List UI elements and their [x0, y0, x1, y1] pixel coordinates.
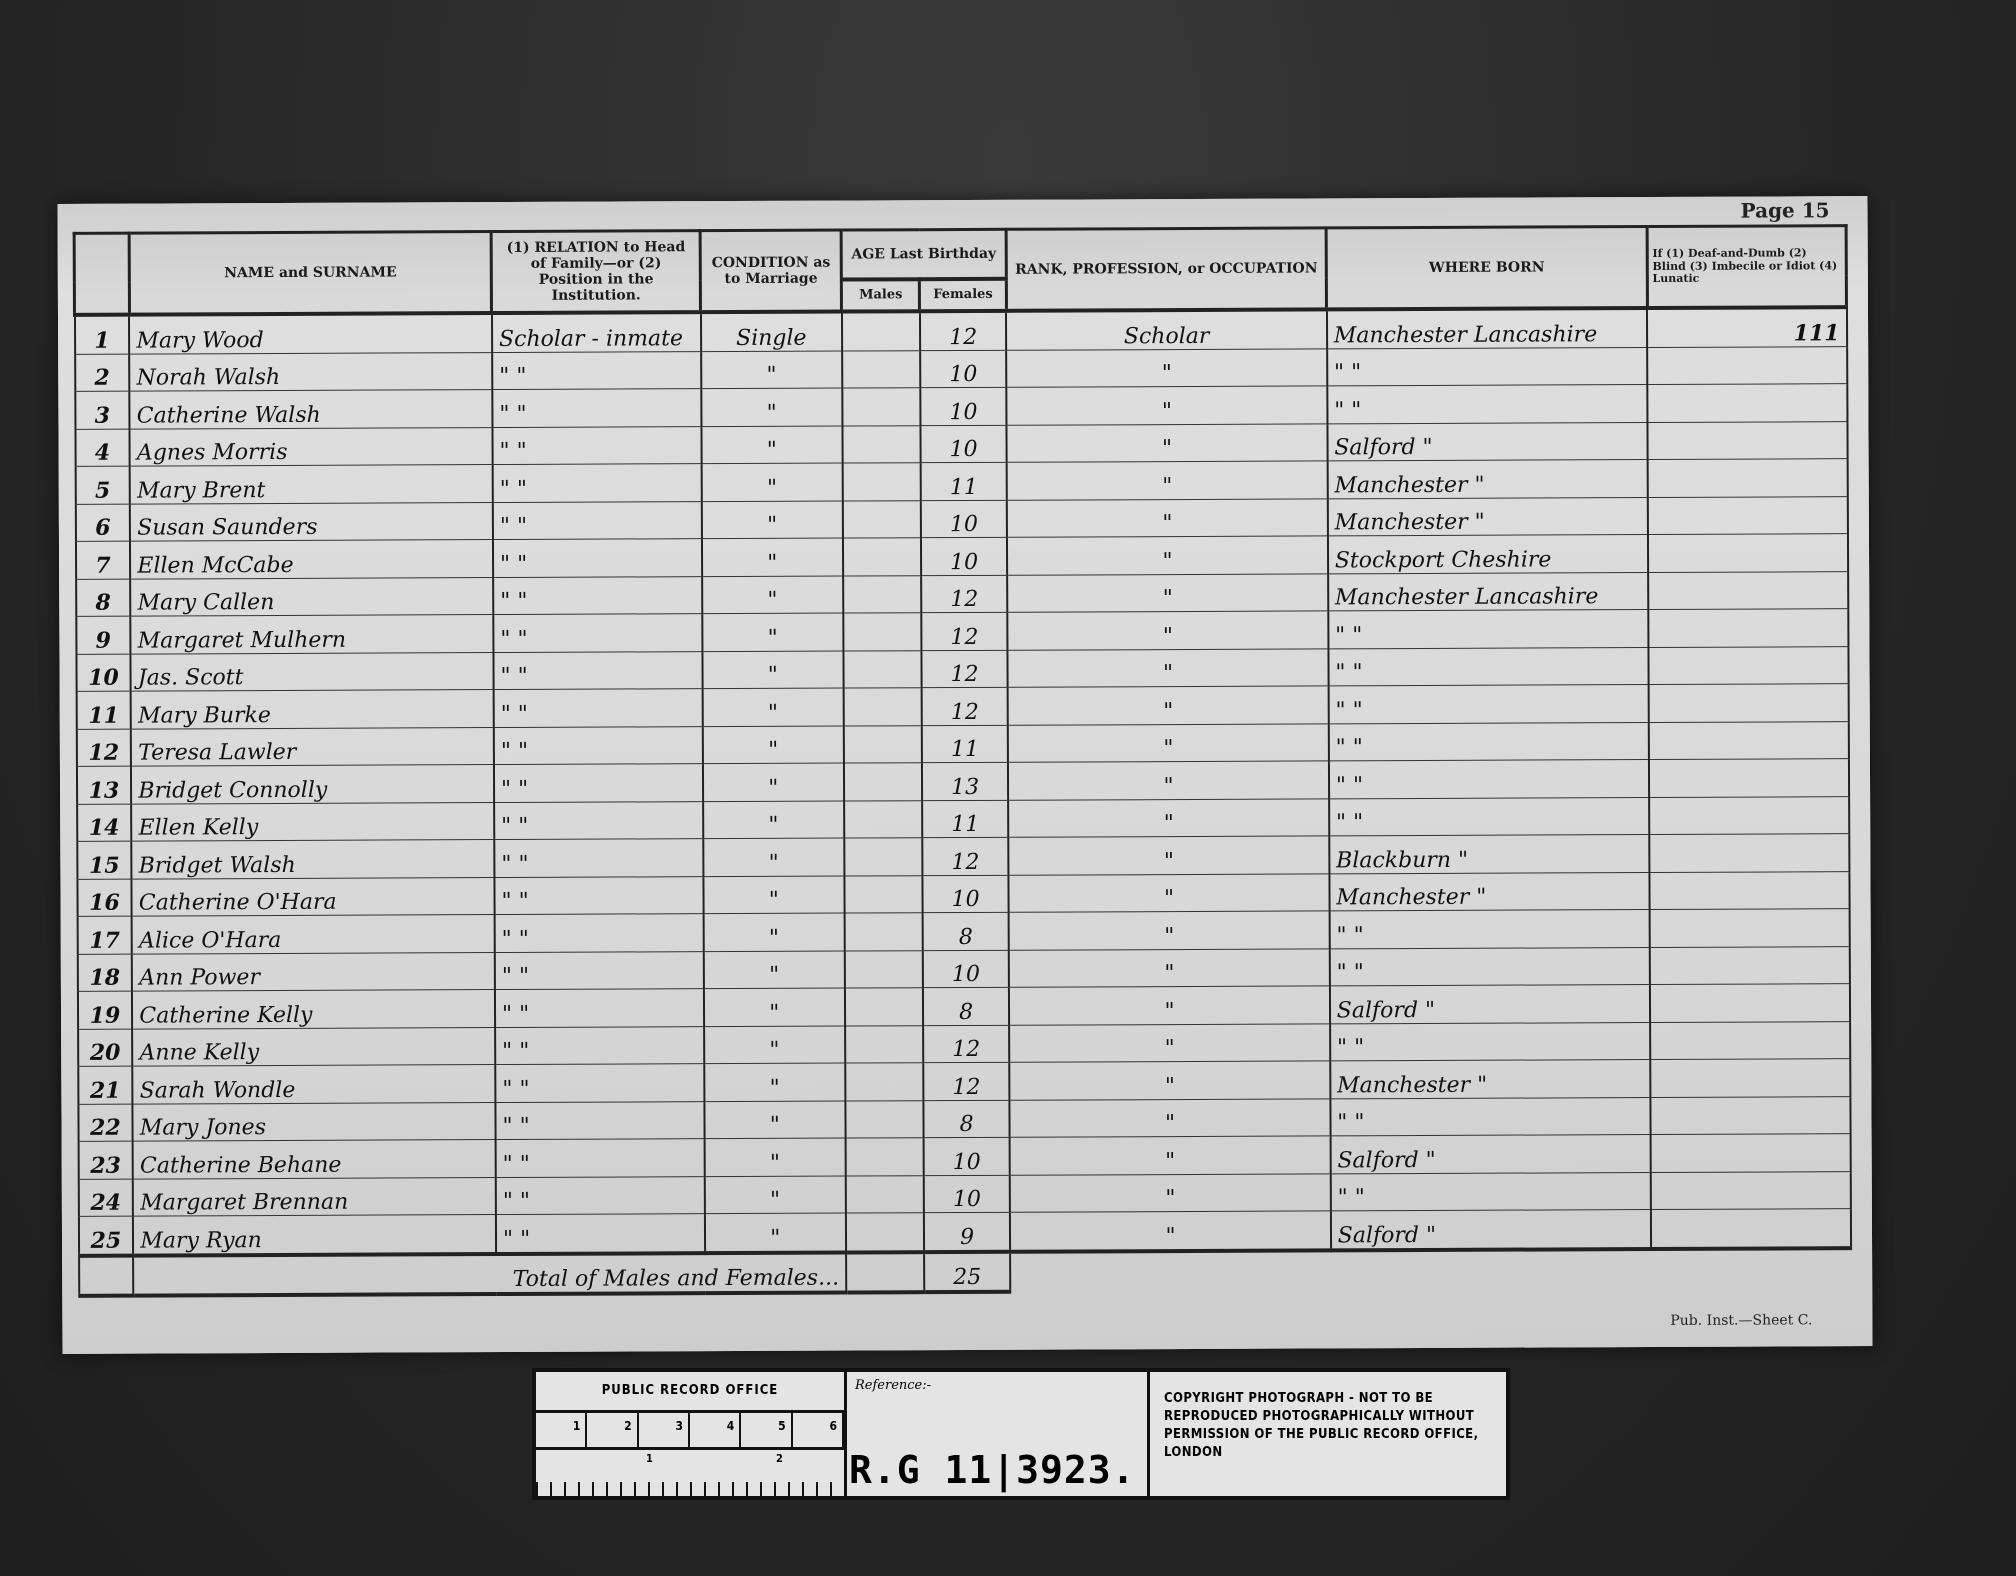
infirmity-cell [1649, 646, 1848, 684]
condition-cell: " [704, 1176, 845, 1214]
age-male-cell [842, 388, 920, 426]
age-female-cell: 10 [923, 950, 1010, 988]
occupation-cell: " [1007, 461, 1328, 500]
relation-cell: " " [494, 839, 703, 877]
condition-cell: " [702, 576, 843, 614]
occupation-cell: " [1009, 948, 1330, 987]
relation-cell: " " [495, 1064, 704, 1102]
condition-cell: " [704, 1063, 845, 1101]
person-name: Mary Burke [131, 690, 494, 729]
age-female-cell: 10 [921, 500, 1008, 538]
row-number: 22 [78, 1104, 133, 1142]
where-born-cell: Manchester Lancashire [1327, 308, 1648, 348]
where-born-cell: Manchester " [1329, 872, 1650, 911]
age-male-cell [845, 988, 923, 1026]
copyright-notice: COPYRIGHT PHOTOGRAPH - NOT TO BE REPRODU… [1150, 1372, 1506, 1496]
row-number: 6 [75, 504, 130, 542]
person-name: Mary Jones [133, 1102, 496, 1141]
person-name: Ellen McCabe [130, 540, 493, 579]
relation-cell: " " [493, 576, 702, 614]
person-name: Susan Saunders [130, 502, 493, 541]
public-record-office-label: PUBLIC RECORD OFFICE 1 2 3 4 5 6 1 2 Ref… [532, 1368, 1510, 1500]
condition-cell: " [702, 726, 843, 764]
age-male-cell [843, 688, 921, 726]
age-female-cell: 12 [921, 687, 1008, 725]
age-male-cell [845, 1063, 923, 1101]
where-born-cell: " " [1328, 610, 1649, 649]
condition-cell: " [703, 951, 844, 989]
age-male-cell [842, 350, 920, 388]
where-born-cell: " " [1327, 385, 1648, 424]
cm-scale: 1 2 3 4 5 6 [536, 1413, 844, 1450]
relation-cell: " " [493, 651, 702, 689]
where-born-cell: " " [1330, 1172, 1651, 1211]
row-number: 25 [78, 1216, 133, 1255]
condition-cell: " [701, 426, 842, 464]
totals-row: Total of Males and Females... 25 [79, 1248, 1851, 1296]
occupation-cell: " [1007, 573, 1328, 612]
age-male-cell [843, 650, 921, 688]
occupation-header: RANK, PROFESSION, or OCCUPATION [1006, 228, 1327, 311]
relation-cell: " " [496, 1176, 705, 1214]
infirmity-cell [1650, 1021, 1849, 1059]
row-number: 24 [78, 1179, 133, 1217]
where-born-cell: Manchester " [1328, 497, 1649, 536]
infirmity-cell [1647, 346, 1846, 384]
occupation-cell: " [1009, 986, 1330, 1025]
condition-cell: " [704, 1101, 845, 1139]
person-name: Ann Power [132, 952, 495, 991]
age-female-cell: 11 [922, 800, 1009, 838]
occupation-cell: " [1009, 911, 1330, 950]
row-number: 5 [75, 466, 130, 504]
relation-cell: " " [495, 951, 704, 989]
occupation-cell: " [1008, 686, 1329, 725]
relation-cell: " " [494, 801, 703, 839]
where-born-cell: " " [1329, 910, 1650, 949]
occupation-cell: " [1008, 761, 1329, 800]
person-name: Mary Brent [130, 465, 493, 504]
name-header: NAME and SURNAME [129, 232, 492, 315]
age-male-cell [845, 1100, 923, 1138]
census-table: NAME and SURNAME (1) RELATION to Head of… [73, 224, 1853, 1297]
occupation-cell: Scholar [1006, 309, 1327, 349]
relation-cell: " " [493, 464, 702, 502]
relation-cell: Scholar - inmate [492, 312, 701, 352]
age-male-cell [846, 1175, 924, 1213]
row-number: 1 [74, 315, 129, 354]
age-female-cell: 12 [922, 837, 1009, 875]
age-female-cell: 10 [920, 387, 1007, 425]
where-born-cell: " " [1330, 1022, 1651, 1061]
condition-header: CONDITION as to Marriage [700, 230, 842, 312]
infirmity-cell [1650, 946, 1849, 984]
row-number-header [74, 233, 129, 315]
age-female-cell: 10 [924, 1175, 1011, 1213]
occupation-cell: " [1010, 1136, 1331, 1175]
relation-cell: " " [495, 914, 704, 952]
where-born-cell: Stockport Cheshire [1328, 535, 1649, 574]
occupation-cell: " [1007, 536, 1328, 575]
person-name: Teresa Lawler [131, 727, 494, 766]
where-born-cell: Salford " [1330, 985, 1651, 1024]
infirmity-cell: 111 [1647, 307, 1846, 347]
where-born-cell: Manchester Lancashire [1328, 572, 1649, 611]
condition-cell: " [702, 651, 843, 689]
condition-cell: " [702, 538, 843, 576]
occupation-cell: " [1010, 1098, 1331, 1137]
relation-cell: " " [493, 614, 702, 652]
age-female-cell: 10 [920, 350, 1007, 388]
inch-ruler: 1 2 [536, 1450, 844, 1496]
occupation-cell: " [1008, 798, 1329, 837]
relation-cell: " " [492, 426, 701, 464]
where-born-cell: " " [1328, 685, 1649, 724]
person-name: Alice O'Hara [132, 915, 495, 954]
condition-cell: " [703, 838, 844, 876]
person-name: Catherine Behane [133, 1140, 496, 1179]
where-born-cell: " " [1330, 947, 1651, 986]
where-born-cell: Manchester " [1327, 460, 1648, 499]
age-female-cell: 12 [920, 311, 1007, 350]
condition-cell: " [702, 613, 843, 651]
age-males-header: Males [842, 279, 920, 311]
occupation-cell: " [1006, 348, 1327, 387]
row-number: 13 [76, 766, 131, 804]
row-number: 9 [76, 616, 131, 654]
age-male-cell [843, 500, 921, 538]
infirmity-cell [1650, 909, 1849, 947]
person-name: Bridget Walsh [132, 840, 495, 879]
row-number: 15 [77, 841, 132, 879]
age-male-cell [844, 875, 922, 913]
infirmity-cell [1650, 871, 1849, 909]
infirmity-cell [1649, 759, 1848, 797]
age-male-cell [845, 1025, 923, 1063]
infirmity-cell [1648, 459, 1847, 497]
relation-cell: " " [494, 689, 703, 727]
condition-cell: " [704, 1026, 845, 1064]
person-name: Mary Wood [129, 313, 492, 354]
age-male-cell [845, 1138, 923, 1176]
page-number: Page 15 [1741, 198, 1830, 222]
row-number: 20 [78, 1029, 133, 1067]
occupation-cell: " [1009, 1023, 1330, 1062]
condition-cell: " [701, 501, 842, 539]
condition-cell: " [703, 876, 844, 914]
reference-number: R.G 11|3923. [849, 1448, 1136, 1492]
relation-header: (1) RELATION to Head of Family—or (2) Po… [492, 231, 701, 313]
where-born-cell: " " [1327, 347, 1648, 386]
infirmity-cell [1648, 421, 1847, 459]
where-born-cell: " " [1330, 1097, 1651, 1136]
relation-cell: " " [496, 1139, 705, 1177]
condition-cell: Single [701, 312, 842, 352]
condition-cell: " [703, 801, 844, 839]
age-male-cell [842, 463, 920, 501]
age-male-cell [843, 613, 921, 651]
infirmity-cell [1648, 609, 1847, 647]
row-number: 18 [77, 954, 132, 992]
age-female-cell: 13 [922, 762, 1009, 800]
census-rows: 1Mary WoodScholar - inmateSingle12Schola… [74, 307, 1850, 1255]
age-female-cell: 9 [924, 1212, 1011, 1251]
where-born-cell: Salford " [1327, 422, 1648, 461]
occupation-cell: " [1009, 836, 1330, 875]
age-female-cell: 8 [923, 987, 1010, 1025]
age-females-header: Females [920, 279, 1007, 311]
occupation-cell: " [1007, 386, 1328, 425]
infirmity-cell [1649, 684, 1848, 722]
condition-cell: " [703, 763, 844, 801]
age-female-cell: 11 [922, 725, 1009, 763]
occupation-cell: " [1010, 1061, 1331, 1100]
age-female-cell: 8 [922, 912, 1009, 950]
age-female-cell: 12 [923, 1062, 1010, 1100]
where-born-cell: " " [1329, 722, 1650, 761]
relation-cell: " " [493, 501, 702, 539]
infirmity-cell [1651, 1209, 1850, 1249]
person-name: Mary Callen [130, 577, 493, 616]
occupation-cell: " [1009, 873, 1330, 912]
infirmity-header: If (1) Deaf-and-Dumb (2) Blind (3) Imbec… [1647, 226, 1847, 308]
row-number: 8 [76, 579, 131, 617]
person-name: Bridget Connolly [131, 765, 494, 804]
header-row: NAME and SURNAME (1) RELATION to Head of… [74, 226, 1846, 283]
infirmity-cell [1648, 384, 1847, 422]
age-male-cell [844, 800, 922, 838]
age-female-cell: 12 [921, 650, 1008, 688]
person-name: Sarah Wondle [133, 1065, 496, 1104]
occupation-cell: " [1007, 498, 1328, 537]
person-name: Margaret Mulhern [131, 615, 494, 654]
age-female-cell: 10 [920, 425, 1007, 463]
where-born-cell: Salford " [1331, 1210, 1652, 1250]
person-name: Ellen Kelly [131, 802, 494, 841]
infirmity-cell [1648, 571, 1847, 609]
person-name: Anne Kelly [132, 1027, 495, 1066]
age-female-cell: 11 [920, 462, 1007, 500]
condition-cell: " [705, 1213, 846, 1253]
age-male-cell [843, 538, 921, 576]
where-born-cell: " " [1328, 647, 1649, 686]
where-born-cell: Blackburn " [1329, 835, 1650, 874]
row-number: 2 [75, 354, 130, 392]
condition-cell: " [704, 988, 845, 1026]
person-name: Catherine Walsh [130, 390, 493, 429]
infirmity-cell [1649, 796, 1848, 834]
row-number: 4 [75, 429, 130, 467]
total-females: 25 [924, 1251, 1011, 1291]
row-number: 11 [76, 691, 131, 729]
condition-cell: " [702, 688, 843, 726]
condition-cell: " [704, 1138, 845, 1176]
person-name: Norah Walsh [129, 352, 492, 391]
occupation-cell: " [1007, 423, 1328, 462]
age-male-cell [842, 425, 920, 463]
relation-cell: " " [494, 876, 703, 914]
row-number: 12 [76, 729, 131, 767]
relation-cell: " " [492, 351, 701, 389]
row-number: 7 [75, 541, 130, 579]
where-born-cell: Salford " [1330, 1135, 1651, 1174]
age-male-cell [842, 311, 920, 350]
row-number: 19 [77, 991, 132, 1029]
age-female-cell: 12 [921, 612, 1008, 650]
person-name: Catherine Kelly [132, 990, 495, 1029]
age-male-cell [844, 913, 922, 951]
infirmity-cell [1648, 534, 1847, 572]
condition-cell: " [701, 351, 842, 389]
where-born-cell: Manchester " [1330, 1060, 1651, 1099]
row-number: 14 [77, 804, 132, 842]
occupation-cell: " [1010, 1211, 1331, 1251]
occupation-cell: " [1008, 648, 1329, 687]
relation-cell: " " [494, 726, 703, 764]
census-sheet: Page 15 NAME and SURNAME (1) RELATION to… [57, 196, 1872, 1354]
infirmity-cell [1650, 984, 1849, 1022]
age-female-cell: 12 [921, 575, 1008, 613]
occupation-cell: " [1008, 611, 1329, 650]
relation-cell: " " [495, 1026, 704, 1064]
age-female-cell: 12 [923, 1025, 1010, 1063]
age-female-cell: 10 [922, 875, 1009, 913]
row-number: 16 [77, 879, 132, 917]
relation-cell: " " [495, 1101, 704, 1139]
occupation-cell: " [1010, 1173, 1331, 1212]
age-female-cell: 10 [921, 537, 1008, 575]
where-born-cell: " " [1329, 760, 1650, 799]
infirmity-cell [1649, 834, 1848, 872]
relation-cell: " " [496, 1214, 705, 1254]
age-male-cell [845, 950, 923, 988]
age-male-cell [844, 725, 922, 763]
where-born-header: WHERE BORN [1326, 227, 1647, 310]
relation-cell: " " [494, 764, 703, 802]
total-males [846, 1252, 924, 1292]
age-male-cell [844, 838, 922, 876]
infirmity-cell [1651, 1096, 1850, 1134]
infirmity-cell [1651, 1171, 1850, 1209]
person-name: Agnes Morris [130, 427, 493, 466]
condition-cell: " [703, 913, 844, 951]
age-female-cell: 10 [923, 1137, 1010, 1175]
age-male-cell [843, 575, 921, 613]
row-number: 17 [77, 916, 132, 954]
infirmity-cell [1650, 1059, 1849, 1097]
infirmity-cell [1649, 721, 1848, 759]
condition-cell: " [701, 388, 842, 426]
relation-cell: " " [492, 389, 701, 427]
infirmity-cell [1651, 1134, 1850, 1172]
reference-label: Reference:- [855, 1378, 931, 1393]
occupation-cell: " [1008, 723, 1329, 762]
person-name: Mary Ryan [133, 1215, 496, 1256]
totals-label: Total of Males and Females... [133, 1252, 846, 1295]
row-number: 21 [78, 1066, 133, 1104]
person-name: Margaret Brennan [133, 1177, 496, 1216]
age-header: AGE Last Birthday [841, 229, 1006, 279]
row-number: 10 [76, 654, 131, 692]
row-number: 23 [78, 1141, 133, 1179]
relation-cell: " " [495, 989, 704, 1027]
person-name: Jas. Scott [131, 652, 494, 691]
infirmity-cell [1648, 496, 1847, 534]
where-born-cell: " " [1329, 797, 1650, 836]
row-number: 3 [75, 391, 130, 429]
age-female-cell: 8 [923, 1100, 1010, 1138]
relation-cell: " " [493, 539, 702, 577]
pro-title: PUBLIC RECORD OFFICE [536, 1372, 844, 1413]
condition-cell: " [701, 463, 842, 501]
person-name: Catherine O'Hara [132, 877, 495, 916]
sheet-footnote: Pub. Inst.—Sheet C. [1670, 1312, 1812, 1329]
age-male-cell [846, 1213, 924, 1252]
age-male-cell [844, 763, 922, 801]
